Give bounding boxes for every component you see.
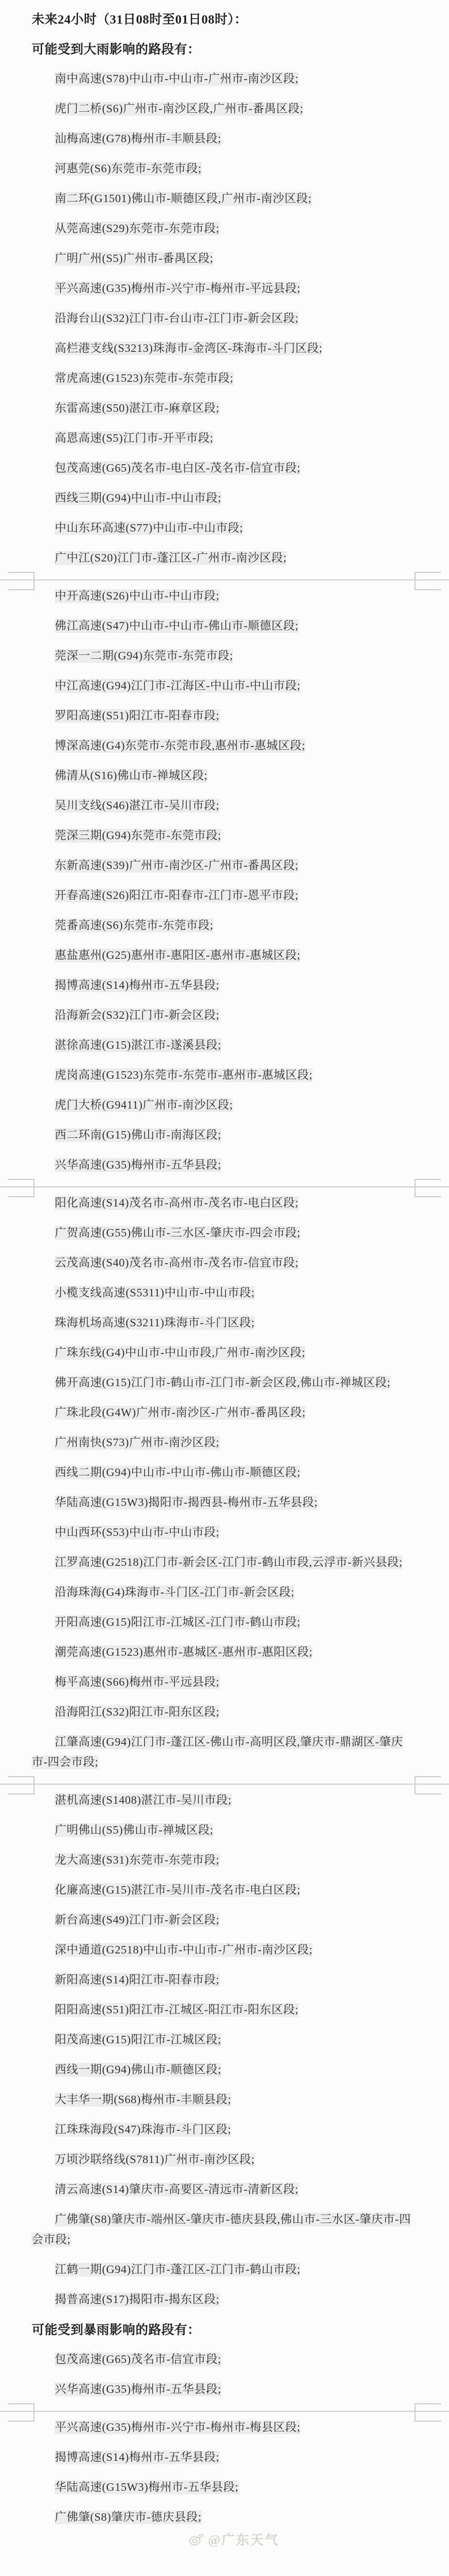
- road-segment-item: 新阳高速(S14)阳江市-阳春市段;: [32, 1970, 416, 1990]
- road-segment-item: 潮莞高速(G1523)惠州市-惠城区-惠州市-惠阳区段;: [32, 1642, 416, 1663]
- road-segment-text: 广珠北段(G4W)广州市-南沙区-广州市-番禺区段;: [55, 1406, 305, 1420]
- road-segment-text: 龙大高速(S31)东莞市-东莞市段;: [55, 1853, 220, 1867]
- road-segment-item: 揭普高速(S17)揭阳市-揭东区段;: [32, 2290, 416, 2310]
- road-segment-text: 莞番高速(S6)东莞市-东莞市段;: [55, 919, 213, 932]
- page-break-divider: [0, 2403, 449, 2420]
- road-segment-item: 莞深一二期(G94)东莞市-东莞市段;: [32, 646, 416, 666]
- road-segment-text: 佛清从(S16)佛山市-禅城区段;: [55, 769, 207, 783]
- road-segment-item: 广贺高速(G55)佛山市-三水区-肇庆市-四会市段;: [32, 1223, 416, 1243]
- road-segment-item: 吴川支线(S46)湛江市-吴川市段;: [32, 796, 416, 816]
- road-segment-item: 从莞高速(S29)东莞市-东莞市段;: [32, 219, 416, 239]
- road-segment-text: 河惠莞(S6)东莞市-东莞市段;: [55, 162, 202, 176]
- road-segment-item: 化廉高速(G15)湛江市-吴川市-茂名市-电白区段;: [32, 1880, 416, 1900]
- road-segment-item: 广明广州(S5)广州市-番禺区段;: [32, 249, 416, 269]
- road-segment-item: 华陆高速(G15W3)揭阳市-揭西县-梅州市-五华县段;: [32, 1493, 416, 1513]
- road-segment-text: 云茂高速(S40)茂名市-高州市-茂名市-信宜市段;: [55, 1256, 299, 1270]
- road-segment-text: 包茂高速(G65)茂名市-电白区-茂名市-信宜市段;: [55, 461, 300, 475]
- road-segment-text: 虎门大桥(G9411)广州市-南沙区段;: [55, 1098, 233, 1112]
- road-segment-item: 惠盐惠州(G25)惠州市-惠阳区-惠州市-惠城区段;: [32, 946, 416, 966]
- road-segment-text: 广贺高速(G55)佛山市-三水区-肇庆市-四会市段;: [55, 1226, 300, 1240]
- road-segment-text: 中江高速(G94)江门市-江海区-中山市-中山市段;: [55, 679, 300, 693]
- page-break-divider: [0, 1178, 449, 1196]
- road-segment-text: 开阳高速(G15)阳江市-江城区-江门市-鹤山市段;: [55, 1615, 300, 1629]
- road-segment-text: 莞深三期(G94)东莞市-东莞市段;: [55, 829, 221, 843]
- road-segment-item: 虎门大桥(G9411)广州市-南沙区段;: [32, 1095, 416, 1116]
- road-segment-text: 中开高速(S26)中山市-中山市段;: [55, 589, 220, 603]
- road-segment-text: 清云高速(S14)肇庆市-高要区-清远市-清新区段;: [55, 2183, 299, 2196]
- road-segment-text: 华陆高速(G15W3)梅州市-五华县段;: [55, 2480, 239, 2494]
- road-segment-text: 汕梅高速(G78)梅州市-丰顺县段;: [55, 132, 221, 146]
- road-segment-text: 西线二期(G94)中山市-中山市-佛山市-顺德区段;: [55, 1466, 300, 1479]
- weibo-icon: [187, 2532, 205, 2547]
- road-segment-item: 高恩高速(S5)江门市-开平市段;: [32, 428, 416, 449]
- road-segment-item: 广佛肇(S8)肇庆市-端州区-肇庆市-德庆县段,佛山市-三水区-肇庆市-四会市段…: [32, 2210, 416, 2250]
- road-segment-item: 虎门二桥(S6)广州市-南沙区段,广州市-番禺区段;: [32, 99, 416, 119]
- road-segment-item: 小榄支线高速(S5311)中山市-中山市段;: [32, 1283, 416, 1303]
- section-heading: 可能受到暴雨影响的路段有：: [32, 2320, 416, 2340]
- road-segment-text: 罗阳高速(S51)阳江市-阳春市段;: [55, 709, 220, 723]
- road-segment-item: 中江高速(G94)江门市-江海区-中山市-中山市段;: [32, 676, 416, 696]
- road-segment-text: 东新高速(S39)广州市-南沙区-广州市-番禺区段;: [55, 859, 299, 872]
- road-segment-item: 西线三期(G94)中山市-中山市段;: [32, 488, 416, 509]
- road-segment-text: 中山东环高速(S77)中山市-中山市段;: [55, 521, 243, 535]
- road-segment-item: 博深高速(G4)东莞市-东莞市段,惠州市-惠城区段;: [32, 736, 416, 756]
- road-segment-text: 东雷高速(S50)湛江市-麻章区段;: [55, 401, 220, 415]
- road-segment-item: 云茂高速(S40)茂名市-高州市-茂名市-信宜市段;: [32, 1253, 416, 1273]
- road-segment-text: 沿海珠海(G4)珠海市-斗门区-江门市-新会区段;: [55, 1585, 295, 1599]
- road-segment-text: 揭博高速(S14)梅州市-五华县段;: [55, 978, 220, 992]
- road-segment-text: 珠海机场高速(S3211)珠海市-斗门区段;: [55, 1316, 255, 1330]
- road-segment-item: 清云高速(S14)肇庆市-高要区-清远市-清新区段;: [32, 2180, 416, 2200]
- road-segment-item: 东新高速(S39)广州市-南沙区-广州市-番禺区段;: [32, 856, 416, 876]
- road-segment-item: 东雷高速(S50)湛江市-麻章区段;: [32, 399, 416, 419]
- road-segment-item: 虎岗高速(G1523)东莞市-东莞市-惠州市-惠城区段;: [32, 1065, 416, 1086]
- road-segment-item: 开阳高速(G15)阳江市-江城区-江门市-鹤山市段;: [32, 1613, 416, 1633]
- road-segment-text: 化廉高速(G15)湛江市-吴川市-茂名市-电白区段;: [55, 1883, 300, 1897]
- forecast-period-title: 未来24小时（31日08时至01日08时）：: [32, 9, 416, 29]
- road-segment-text: 南中高速(S78)中山市-中山市-广州市-南沙区段;: [55, 72, 299, 86]
- road-segment-item: 南中高速(S78)中山市-中山市-广州市-南沙区段;: [32, 69, 416, 89]
- road-segment-text: 江鹤一期(G94)江门市-蓬江区-江门市-鹤山市段;: [55, 2263, 300, 2277]
- road-segment-item: 广佛肇(S8)肇庆市-德庆县段;: [32, 2507, 416, 2528]
- road-segment-text: 潮莞高速(G1523)惠州市-惠城区-惠州市-惠阳区段;: [55, 1645, 312, 1659]
- road-segment-text: 江珠珠海段(S47)珠海市-斗门区段;: [55, 2123, 231, 2137]
- road-segment-text: 沿海台山(S32)江门市-台山市-江门市-新会区段;: [55, 312, 299, 325]
- road-segment-item: 莞番高速(S6)东莞市-东莞市段;: [32, 916, 416, 936]
- road-segment-text: 阳化高速(S14)茂名市-高州市-茂名市-电白区段;: [55, 1196, 299, 1210]
- road-segment-text: 虎门二桥(S6)广州市-南沙区段,广州市-番禺区段;: [55, 102, 303, 116]
- road-segment-text: 高栏港支线(S3213)珠海市-金湾区-珠海市-斗门区段;: [55, 342, 322, 355]
- section-heading: 可能受到大雨影响的路段有：: [32, 39, 416, 59]
- road-segment-item: 江鹤一期(G94)江门市-蓬江区-江门市-鹤山市段;: [32, 2260, 416, 2280]
- road-segment-item: 包茂高速(G65)茂名市-信宜市段;: [32, 2350, 416, 2370]
- page-break-line: [0, 579, 449, 581]
- page-margin-mark-right: [414, 2403, 441, 2422]
- watermark: @广东天气: [187, 2529, 449, 2548]
- road-segment-text: 西线一期(G94)佛山市-顺德区段;: [55, 2063, 221, 2077]
- road-segment-item: 西线二期(G94)中山市-中山市-佛山市-顺德区段;: [32, 1463, 416, 1483]
- road-segment-item: 万顷沙联络线(S7811)广州市-南沙区段;: [32, 2150, 416, 2170]
- road-segment-item: 河惠莞(S6)东莞市-东莞市段;: [32, 159, 416, 179]
- road-segment-item: 西线一期(G94)佛山市-顺德区段;: [32, 2060, 416, 2080]
- road-segment-item: 兴华高速(G35)梅州市-五华县段;: [32, 1155, 416, 1175]
- road-segment-text: 万顷沙联络线(S7811)广州市-南沙区段;: [55, 2153, 255, 2167]
- road-segment-item: 沿海新会(S32)江门市-新会区段;: [32, 1006, 416, 1026]
- road-segment-item: 广州南快(S73)广州市-南沙区段;: [32, 1433, 416, 1453]
- page-margin-mark-right: [414, 572, 441, 590]
- road-segment-text: 江罗高速(G2518)江门市-新会区-江门市-鹤山市段,云浮市-新兴县段;: [55, 1556, 402, 1569]
- page-margin-mark-right: [414, 1179, 441, 1197]
- road-segment-item: 沿海阳江(S32)阳江市-阳东区段;: [32, 1702, 416, 1723]
- page-break-line: [0, 2411, 449, 2412]
- road-segment-item: 莞深三期(G94)东莞市-东莞市段;: [32, 826, 416, 846]
- road-segment-item: 新台高速(S49)江门市-新会区段;: [32, 1910, 416, 1930]
- page-break-divider: [0, 571, 449, 589]
- road-segment-item: 开春高速(S26)阳江市-阳春市-江门市-恩平市段;: [32, 886, 416, 906]
- road-segment-item: 深中通道(G2518)中山市-中山市-广州市-南沙区段;: [32, 1940, 416, 1960]
- page-break-line: [0, 1784, 449, 1785]
- road-segment-item: 佛清从(S16)佛山市-禅城区段;: [32, 766, 416, 786]
- road-segment-item: 中开高速(S26)中山市-中山市段;: [32, 586, 416, 606]
- road-segment-text: 广州南快(S73)广州市-南沙区段;: [55, 1436, 220, 1450]
- road-segment-item: 南二环(G1501)佛山市-顺德区段,广州市-南沙区段;: [32, 189, 416, 209]
- road-segment-item: 汕梅高速(G78)梅州市-丰顺县段;: [32, 129, 416, 149]
- document-body: 可能受到大雨影响的路段有：南中高速(S78)中山市-中山市-广州市-南沙区段;虎…: [0, 39, 449, 2528]
- road-segment-item: 广中江(S20)江门市-蓬江区-广州市-南沙区段;: [32, 548, 416, 568]
- road-segment-text: 佛开高速(G15)江门市-鹤山市-江门市-新会区段,佛山市-禅城区段;: [55, 1376, 390, 1390]
- weather-road-bulletin: 未来24小时（31日08时至01日08时）： 可能受到大雨影响的路段有：南中高速…: [0, 0, 449, 2576]
- road-segment-text: 包茂高速(G65)茂名市-信宜市段;: [55, 2353, 221, 2366]
- road-segment-text: 从莞高速(S29)东莞市-东莞市段;: [55, 222, 220, 236]
- road-segment-text: 沿海新会(S32)江门市-新会区段;: [55, 1008, 220, 1022]
- road-segment-item: 江珠珠海段(S47)珠海市-斗门区段;: [32, 2120, 416, 2140]
- road-segment-text: 广明佛山(S5)佛山市-禅城区段;: [55, 1823, 213, 1837]
- road-segment-text: 吴川支线(S46)湛江市-吴川市段;: [55, 799, 220, 813]
- page-break-divider: [0, 1775, 449, 1793]
- road-segment-item: 中山东环高速(S77)中山市-中山市段;: [32, 518, 416, 538]
- road-segment-text: 广中江(S20)江门市-蓬江区-广州市-南沙区段;: [55, 551, 286, 565]
- road-segment-text: 广明广州(S5)广州市-番禺区段;: [55, 252, 213, 265]
- road-segment-text: 阳茂高速(G15)阳江市-江城区段;: [55, 2033, 221, 2047]
- road-segment-text: 湛徐高速(G15)湛江市-遂溪县段;: [55, 1038, 221, 1052]
- road-segment-item: 阳茂高速(G15)阳江市-江城区段;: [32, 2030, 416, 2050]
- road-segment-text: 新台高速(S49)江门市-新会区段;: [55, 1913, 220, 1927]
- road-segment-item: 包茂高速(G65)茂名市-电白区-茂名市-信宜市段;: [32, 458, 416, 479]
- road-segment-item: 罗阳高速(S51)阳江市-阳春市段;: [32, 706, 416, 726]
- road-segment-item: 珠海机场高速(S3211)珠海市-斗门区段;: [32, 1313, 416, 1333]
- road-segment-text: 莞深一二期(G94)东莞市-东莞市段;: [55, 649, 233, 663]
- road-segment-text: 兴华高速(G35)梅州市-五华县段;: [55, 1158, 221, 1172]
- page-margin-mark-left: [8, 1179, 35, 1197]
- road-segment-text: 佛江高速(S47)中山市-中山市-佛山市-顺德区段;: [55, 619, 299, 633]
- road-segment-text: 虎岗高速(G1523)东莞市-东莞市-惠州市-惠城区段;: [55, 1068, 312, 1082]
- road-segment-text: 揭博高速(S14)梅州市-五华县段;: [55, 2450, 220, 2464]
- road-segment-text: 深中通道(G2518)中山市-中山市-广州市-南沙区段;: [55, 1943, 312, 1957]
- road-segment-item: 高栏港支线(S3213)珠海市-金湾区-珠海市-斗门区段;: [32, 339, 416, 359]
- road-segment-item: 大丰华一期(S68)梅州市-丰顺县段;: [32, 2090, 416, 2110]
- road-segment-text: 南二环(G1501)佛山市-顺德区段,广州市-南沙区段;: [55, 192, 312, 206]
- road-segment-text: 江肇高速(G94)江门市-蓬江区-佛山市-高明区段,肇庆市-鼎湖区-肇庆市-四会…: [32, 1735, 403, 1769]
- road-segment-item: 平兴高速(G35)梅州市-兴宁市-梅州市-平远县段;: [32, 279, 416, 299]
- road-segment-text: 高恩高速(S5)江门市-开平市段;: [55, 431, 213, 445]
- road-segment-item: 广珠东线(G4)中山市-中山市段,广州市-南沙区段;: [32, 1343, 416, 1363]
- road-segment-text: 梅平高速(S66)梅州市-平远县段;: [55, 1675, 220, 1689]
- road-segment-text: 常虎高速(G1523)东莞市-东莞市段;: [55, 371, 233, 385]
- road-segment-item: 揭博高速(S14)梅州市-五华县段;: [32, 2448, 416, 2468]
- road-segment-text: 湛机高速(S1408)湛江市-吴川市段;: [55, 1793, 232, 1807]
- road-segment-item: 龙大高速(S31)东莞市-东莞市段;: [32, 1850, 416, 1871]
- road-segment-text: 西二环南(G15)佛山市-南海区段;: [55, 1128, 221, 1142]
- road-segment-item: 兴华高速(G35)梅州市-五华县段;: [32, 2380, 416, 2400]
- road-segment-text: 华陆高速(G15W3)揭阳市-揭西县-梅州市-五华县段;: [55, 1496, 318, 1509]
- road-segment-text: 新阳高速(S14)阳江市-阳春市段;: [55, 1973, 220, 1987]
- road-segment-text: 中山西环(S53)中山市-中山市段;: [55, 1526, 220, 1539]
- road-segment-text: 开春高速(S26)阳江市-阳春市-江门市-恩平市段;: [55, 889, 299, 902]
- road-segment-item: 西二环南(G15)佛山市-南海区段;: [32, 1125, 416, 1145]
- road-segment-item: 沿海台山(S32)江门市-台山市-江门市-新会区段;: [32, 309, 416, 329]
- road-segment-item: 佛开高速(G15)江门市-鹤山市-江门市-新会区段,佛山市-禅城区段;: [32, 1373, 416, 1393]
- road-segment-text: 揭普高速(S17)揭阳市-揭东区段;: [55, 2293, 220, 2306]
- road-segment-text: 沿海阳江(S32)阳江市-阳东区段;: [55, 1705, 220, 1719]
- road-segment-item: 华陆高速(G15W3)梅州市-五华县段;: [32, 2478, 416, 2498]
- page-break-line: [0, 1186, 449, 1188]
- road-segment-item: 江肇高速(G94)江门市-蓬江区-佛山市-高明区段,肇庆市-鼎湖区-肇庆市-四会…: [32, 1732, 416, 1773]
- road-segment-text: 平兴高速(G35)梅州市-兴宁市-梅州市-梅县区段;: [55, 2421, 300, 2434]
- road-segment-item: 沿海珠海(G4)珠海市-斗门区-江门市-新会区段;: [32, 1583, 416, 1603]
- road-segment-item: 广珠北段(G4W)广州市-南沙区-广州市-番禺区段;: [32, 1403, 416, 1423]
- road-segment-text: 大丰华一期(S68)梅州市-丰顺县段;: [55, 2093, 231, 2107]
- page-margin-mark-right: [414, 1776, 441, 1795]
- road-segment-item: 常虎高速(G1523)东莞市-东莞市段;: [32, 369, 416, 389]
- page-margin-mark-left: [8, 2403, 35, 2422]
- watermark-label: @广东天气: [208, 2529, 279, 2548]
- road-segment-item: 湛徐高速(G15)湛江市-遂溪县段;: [32, 1035, 416, 1056]
- road-segment-item: 江罗高速(G2518)江门市-新会区-江门市-鹤山市段,云浮市-新兴县段;: [32, 1553, 416, 1573]
- road-segment-text: 阳阳高速(S51)阳江市-江城区-阳江市-阳东区段;: [55, 2003, 299, 2017]
- road-segment-text: 惠盐惠州(G25)惠州市-惠阳区-惠州市-惠城区段;: [55, 949, 300, 962]
- page-margin-mark-left: [8, 572, 35, 590]
- road-segment-text: 西线三期(G94)中山市-中山市段;: [55, 491, 221, 505]
- road-segment-item: 梅平高速(S66)梅州市-平远县段;: [32, 1672, 416, 1693]
- road-segment-item: 广明佛山(S5)佛山市-禅城区段;: [32, 1820, 416, 1841]
- road-segment-text: 平兴高速(G35)梅州市-兴宁市-梅州市-平远县段;: [55, 282, 300, 295]
- road-segment-item: 中山西环(S53)中山市-中山市段;: [32, 1523, 416, 1543]
- page-margin-mark-left: [8, 1776, 35, 1795]
- road-segment-text: 广珠东线(G4)中山市-中山市段,广州市-南沙区段;: [55, 1346, 305, 1360]
- road-segment-item: 佛江高速(S47)中山市-中山市-佛山市-顺德区段;: [32, 616, 416, 636]
- road-segment-item: 阳阳高速(S51)阳江市-江城区-阳江市-阳东区段;: [32, 2000, 416, 2020]
- road-segment-text: 小榄支线高速(S5311)中山市-中山市段;: [55, 1286, 255, 1300]
- road-segment-text: 广佛肇(S8)肇庆市-端州区-肇庆市-德庆县段,佛山市-三水区-肇庆市-四会市段…: [32, 2213, 411, 2247]
- road-segment-text: 广佛肇(S8)肇庆市-德庆县段;: [55, 2510, 202, 2524]
- road-segment-item: 阳化高速(S14)茂名市-高州市-茂名市-电白区段;: [32, 1193, 416, 1213]
- road-segment-text: 兴华高速(G35)梅州市-五华县段;: [55, 2382, 221, 2396]
- road-segment-item: 揭博高速(S14)梅州市-五华县段;: [32, 976, 416, 996]
- road-segment-item: 平兴高速(G35)梅州市-兴宁市-梅州市-梅县区段;: [32, 2418, 416, 2438]
- road-segment-item: 湛机高速(S1408)湛江市-吴川市段;: [32, 1790, 416, 1811]
- road-segment-text: 博深高速(G4)东莞市-东莞市段,惠州市-惠城区段;: [55, 739, 305, 753]
